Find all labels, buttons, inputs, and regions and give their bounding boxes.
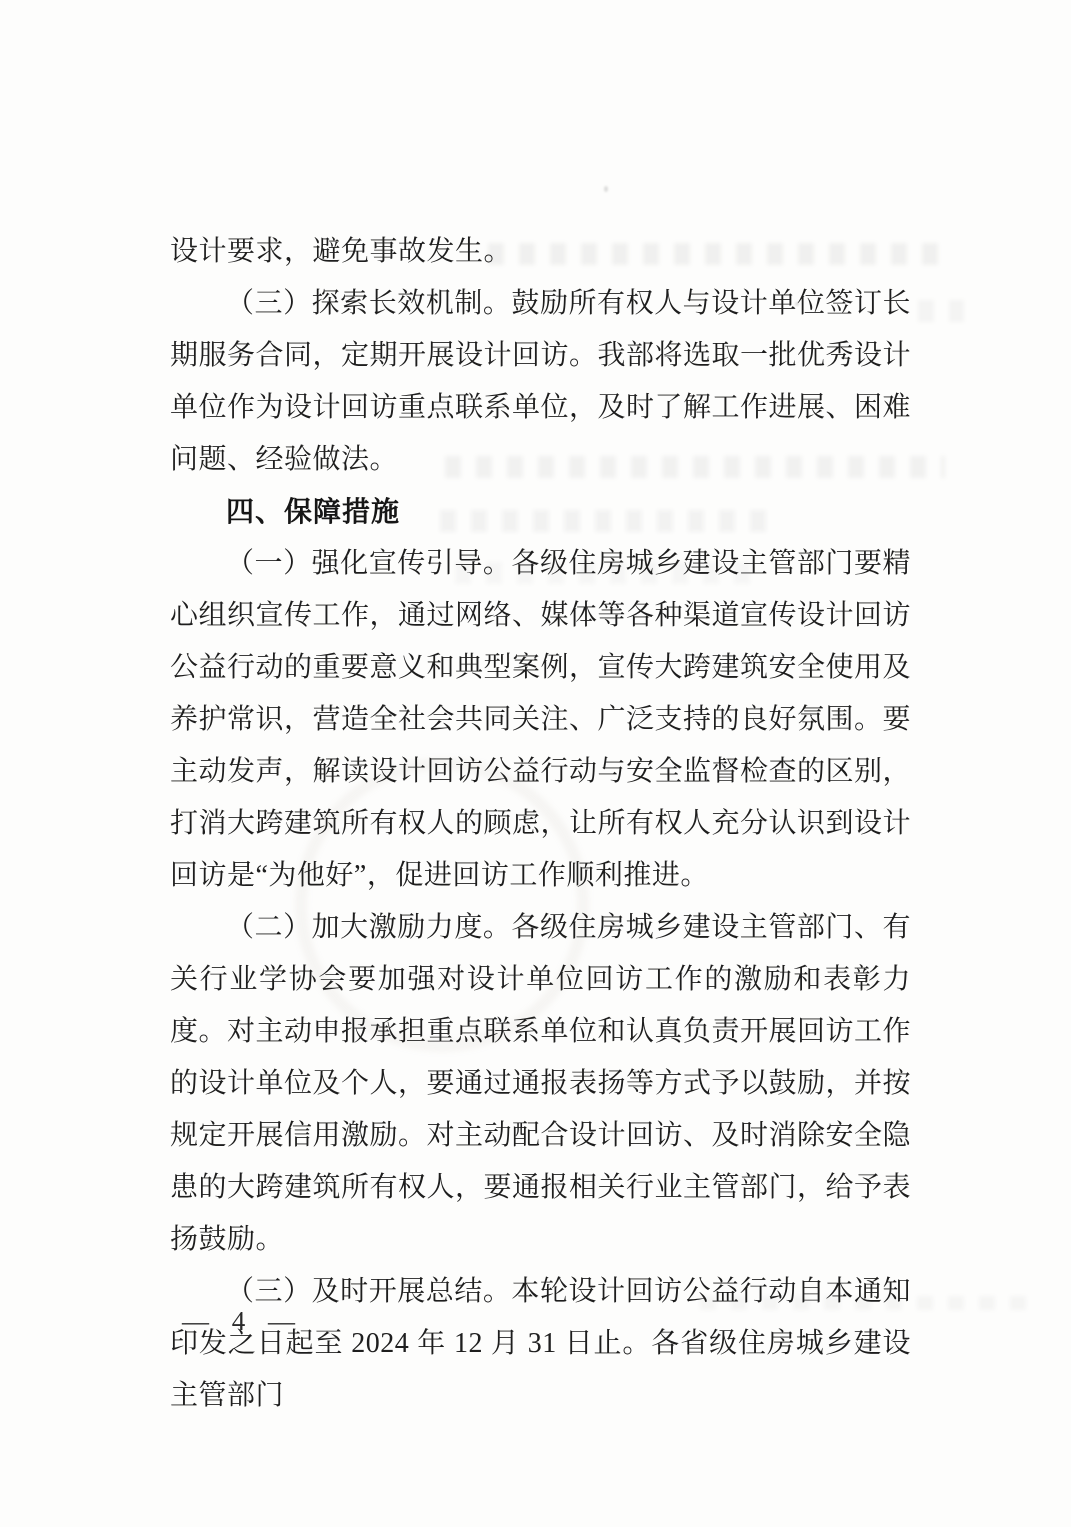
paragraph-strengthen-publicity: （一）强化宣传引导。各级住房城乡建设主管部门要精心组织宣传工作，通过网络、媒体等… (170, 538, 911, 902)
paragraph-increase-incentives: （二）加大激励力度。各级住房城乡建设主管部门、有关行业学协会要加强对设计单位回访… (170, 902, 911, 1266)
paragraph-continuation: 设计要求，避免事故发生。 (170, 226, 911, 278)
scanned-document-page: 设计要求，避免事故发生。 （三）探索长效机制。鼓励所有权人与设计单位签订长期服务… (0, 0, 1071, 1527)
page-number: — 4 — (182, 1306, 303, 1337)
section-heading-safeguard-measures: 四、保障措施 (170, 486, 911, 538)
scan-speck (604, 186, 608, 192)
bleedthrough-artifact (918, 300, 964, 322)
paragraph-explore-mechanism: （三）探索长效机制。鼓励所有权人与设计单位签订长期服务合同，定期开展设计回访。我… (170, 278, 911, 486)
document-body: 设计要求，避免事故发生。 （三）探索长效机制。鼓励所有权人与设计单位签订长期服务… (170, 226, 911, 1422)
paragraph-timely-summary: （三）及时开展总结。本轮设计回访公益行动自本通知印发之日起至 2024 年 12… (170, 1266, 911, 1422)
